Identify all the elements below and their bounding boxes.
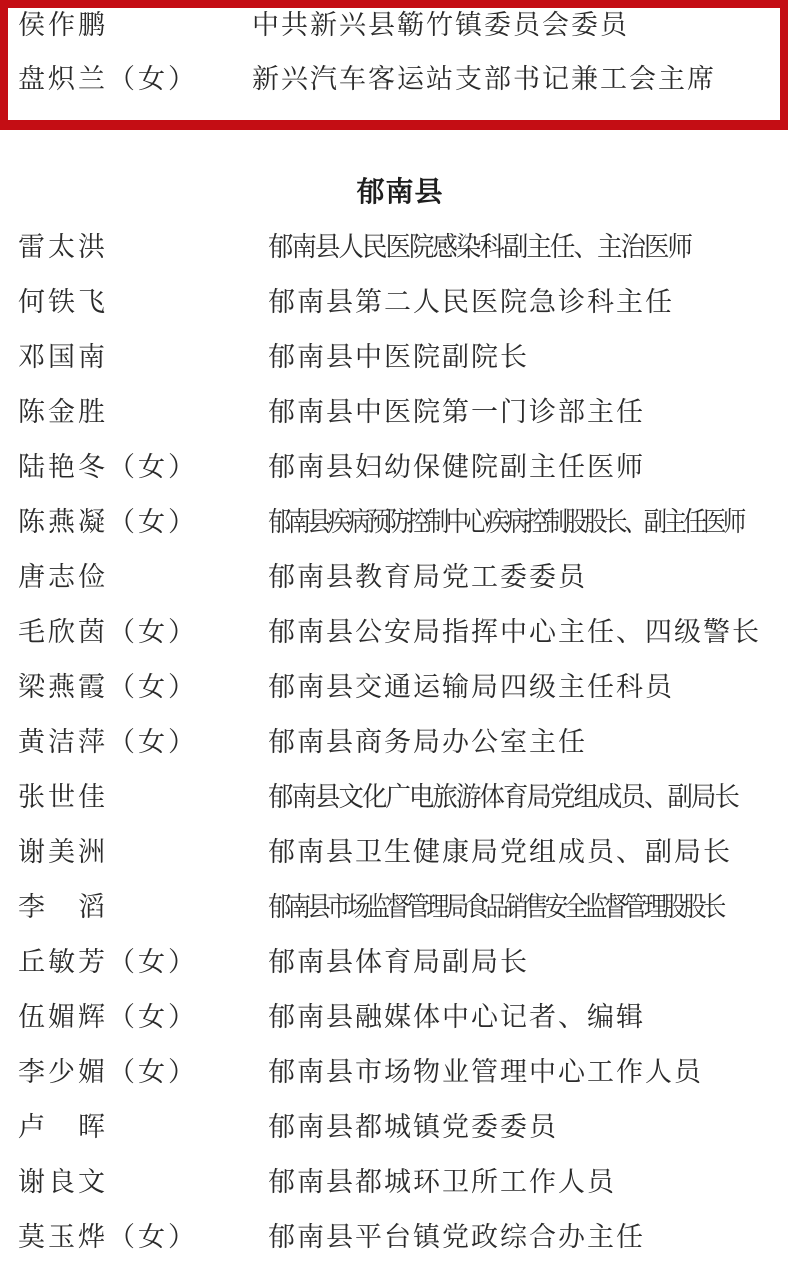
list-row: 李 滔 郁南县市场监督管理局食品销售安全监督管理股股长 <box>0 888 800 928</box>
person-title: 郁南县融媒体中心记者、编辑 <box>268 998 645 1038</box>
person-name: 丘敏芳（女） <box>18 943 198 983</box>
list-row: 唐志俭 郁南县教育局党工委委员 <box>0 558 800 598</box>
person-title: 中共新兴县簕竹镇委员会委员 <box>252 6 629 46</box>
person-name: 陈燕凝（女） <box>18 503 198 543</box>
person-title: 郁南县交通运输局四级主任科员 <box>268 668 674 708</box>
person-name: 李少媚（女） <box>18 1053 198 1093</box>
person-title: 郁南县中医院第一门诊部主任 <box>268 393 645 433</box>
person-title: 郁南县第二人民医院急诊科主任 <box>268 283 674 323</box>
person-name: 张世佳 <box>18 778 108 818</box>
list-row: 雷太洪 郁南县人民医院感染科副主任、主治医师 <box>0 228 800 268</box>
list-row: 莫玉烨（女） 郁南县平台镇党政综合办主任 <box>0 1218 800 1258</box>
list-row: 毛欣茵（女） 郁南县公安局指挥中心主任、四级警长 <box>0 613 800 653</box>
list-row: 谢良文 郁南县都城环卫所工作人员 <box>0 1163 800 1203</box>
person-name: 卢 晖 <box>18 1108 108 1148</box>
person-title: 郁南县公安局指挥中心主任、四级警长 <box>268 613 761 653</box>
person-name: 谢美洲 <box>18 833 108 873</box>
person-name: 何铁飞 <box>18 283 108 323</box>
list-row: 何铁飞 郁南县第二人民医院急诊科主任 <box>0 283 800 323</box>
list-row: 邓国南 郁南县中医院副院长 <box>0 338 800 378</box>
person-name: 梁燕霞（女） <box>18 668 198 708</box>
person-title: 新兴汽车客运站支部书记兼工会主席 <box>252 60 716 100</box>
person-title: 郁南县文化广电旅游体育局党组成员、副局长 <box>268 778 738 818</box>
list-row: 谢美洲 郁南县卫生健康局党组成员、副局长 <box>0 833 800 873</box>
person-name: 黄洁萍（女） <box>18 723 198 763</box>
list-row: 黄洁萍（女） 郁南县商务局办公室主任 <box>0 723 800 763</box>
person-name: 毛欣茵（女） <box>18 613 198 653</box>
highlighted-entry-row: 侯作鹏 中共新兴县簕竹镇委员会委员 <box>0 6 800 46</box>
person-name: 侯作鹏 <box>18 6 108 46</box>
person-name: 谢良文 <box>18 1163 108 1203</box>
person-title: 郁南县教育局党工委委员 <box>268 558 587 598</box>
person-name: 邓国南 <box>18 338 108 378</box>
person-name: 雷太洪 <box>18 228 108 268</box>
list-row: 陆艳冬（女） 郁南县妇幼保健院副主任医师 <box>0 448 800 488</box>
list-row: 陈金胜 郁南县中医院第一门诊部主任 <box>0 393 800 433</box>
list-row: 卢 晖 郁南县都城镇党委委员 <box>0 1108 800 1148</box>
person-title: 郁南县疾病预防控制中心疾病控制股股长、副主任医师 <box>268 503 743 543</box>
list-row: 李少媚（女） 郁南县市场物业管理中心工作人员 <box>0 1053 800 1093</box>
person-title: 郁南县市场物业管理中心工作人员 <box>268 1053 703 1093</box>
highlighted-entry-row: 盘炽兰（女） 新兴汽车客运站支部书记兼工会主席 <box>0 60 800 100</box>
person-title: 郁南县卫生健康局党组成员、副局长 <box>268 833 732 873</box>
list-row: 丘敏芳（女） 郁南县体育局副局长 <box>0 943 800 983</box>
person-title: 郁南县人民医院感染科副主任、主治医师 <box>268 228 691 268</box>
list-row: 张世佳 郁南县文化广电旅游体育局党组成员、副局长 <box>0 778 800 818</box>
section-header-county: 郁南县 <box>0 172 800 212</box>
person-title: 郁南县妇幼保健院副主任医师 <box>268 448 645 488</box>
person-name: 陈金胜 <box>18 393 108 433</box>
person-name: 伍媚辉（女） <box>18 998 198 1038</box>
list-row: 伍媚辉（女） 郁南县融媒体中心记者、编辑 <box>0 998 800 1038</box>
person-title: 郁南县体育局副局长 <box>268 943 529 983</box>
person-name: 盘炽兰（女） <box>18 60 198 100</box>
list-row: 梁燕霞（女） 郁南县交通运输局四级主任科员 <box>0 668 800 708</box>
person-title: 郁南县中医院副院长 <box>268 338 529 378</box>
person-name: 莫玉烨（女） <box>18 1218 198 1258</box>
person-title: 郁南县都城镇党委委员 <box>268 1108 558 1148</box>
person-title: 郁南县市场监督管理局食品销售安全监督管理股股长 <box>268 888 723 928</box>
person-name: 唐志俭 <box>18 558 108 598</box>
person-name: 陆艳冬（女） <box>18 448 198 488</box>
list-row: 陈燕凝（女） 郁南县疾病预防控制中心疾病控制股股长、副主任医师 <box>0 503 800 543</box>
person-title: 郁南县都城环卫所工作人员 <box>268 1163 616 1203</box>
person-title: 郁南县商务局办公室主任 <box>268 723 587 763</box>
person-title: 郁南县平台镇党政综合办主任 <box>268 1218 645 1258</box>
person-name: 李 滔 <box>18 888 108 928</box>
